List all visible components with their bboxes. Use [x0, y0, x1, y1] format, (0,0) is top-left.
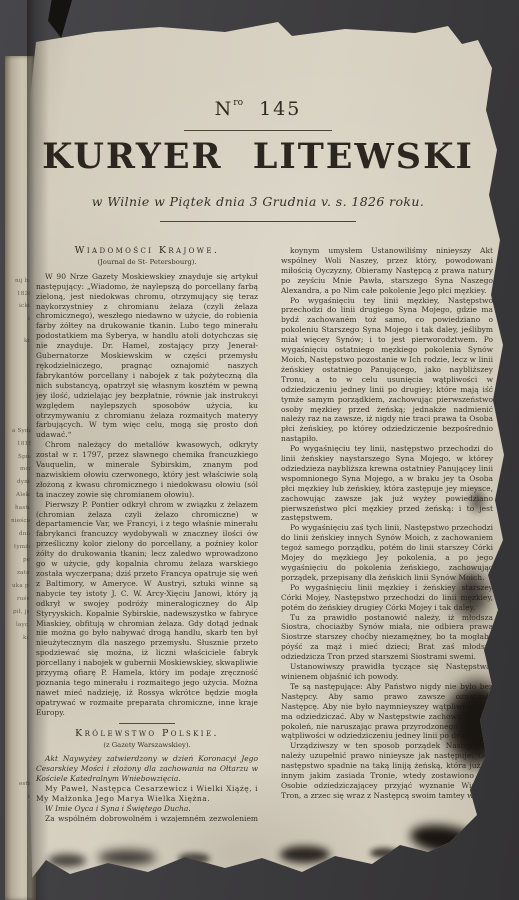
gutter-text-fragment: mca — [20, 466, 32, 472]
binding-gap — [48, 0, 72, 38]
scanned-newspaper-page: nij bę1826icki.i.ki.a Syda1815Spiumcadyn… — [0, 0, 519, 900]
gutter-text-fragment: uka po — [12, 583, 32, 589]
ink-stain — [48, 854, 86, 867]
issue-number: Nro 145 — [38, 98, 478, 120]
ink-stain — [370, 848, 398, 858]
gutter-text-fragment: dyni- — [17, 479, 32, 485]
gutter-text-fragment: nieście — [11, 518, 32, 524]
issue-number-value: 145 — [259, 98, 301, 120]
issue-superscript: ro — [233, 98, 243, 108]
section-heading-domestic-news: Wiadomości Krajowe. — [36, 246, 258, 256]
article-paragraph: Chrom należący do metallów kwasowych, od… — [36, 440, 258, 499]
issue-divider-rule — [184, 130, 332, 131]
section-source: (Journal de St- Petersbourg). — [36, 258, 258, 268]
dateline: w Wilnie w Piątek dnia 3 Grudnia v. s. 1… — [38, 194, 478, 209]
gutter-text-fragment: Aleks — [16, 492, 32, 498]
newspaper-sheet: Nro 145 KURYER LITEWSKI w Wilnie w Piąte… — [22, 20, 508, 888]
ink-stain — [98, 850, 156, 865]
ink-stain — [178, 853, 210, 864]
section-divider-rule — [119, 723, 175, 724]
act-title: Akt Naywyżey zatwierdzony w dzień Korona… — [36, 754, 258, 784]
gutter-text-fragment: hastu — [15, 505, 32, 511]
gutter-text-fragment: 1815 — [17, 441, 32, 447]
article-paragraph: Po wygaśnięciu tey linii męzkiey, Następ… — [281, 296, 493, 445]
article-paragraph: Pierwszy P. Pontier odkrył chrom w związ… — [36, 500, 258, 718]
article-paragraph: Po wygaśnięciu linii męzkiey i żeńskiey … — [281, 583, 493, 613]
gutter-text-fragment: Spiu — [18, 454, 32, 460]
section-heading-kingdom-of-poland: Królewstwo Polskie. — [36, 729, 258, 739]
right-column: koynym umysłem Ustanowiliśmy ninieyszy A… — [281, 246, 493, 802]
gutter-text-fragment: a Syda — [12, 428, 32, 434]
article-paragraph: Ustanowiwszy prawidła tyczące się Następ… — [281, 662, 493, 682]
proclamation: My Paweł, Następca Cesarzewicz i Wielki … — [36, 784, 258, 804]
article-paragraph: Po wygaśnięciu tey linii, następstwo prz… — [281, 444, 493, 523]
article-paragraph: W 90 Nrze Gazety Moskiewskiey znayduje s… — [36, 272, 258, 440]
dateline-divider-rule — [160, 221, 356, 222]
article-paragraph: Urządziwszy w ten sposob porządek Następ… — [281, 741, 493, 802]
ink-stain — [408, 821, 483, 860]
article-paragraph: Tu za prawidło postanowić należy, iż mło… — [281, 613, 493, 663]
section-source: (z Gazety Warszawskiey). — [36, 741, 258, 751]
left-column: Wiadomości Krajowe. (Journal de St- Pete… — [36, 246, 258, 822]
article-paragraph: Za wspólném dobrowolném i wzajemném zezw… — [36, 814, 258, 822]
newspaper-title: KURYER LITEWSKI — [38, 136, 478, 177]
article-paragraph: koynym umysłem Ustanowiliśmy ninieyszy A… — [281, 246, 493, 296]
article-paragraph: Po wygaśnięciu zaś tych linii, Następstw… — [281, 523, 493, 582]
ink-stain — [280, 846, 330, 863]
article-paragraph: Te są następujące: Aby Państwo nigdy nie… — [281, 682, 493, 741]
invocation: W Imie Oyca i Syna i Świętego Ducha. — [36, 804, 258, 814]
gutter-text-fragment: tymże — [14, 544, 32, 550]
